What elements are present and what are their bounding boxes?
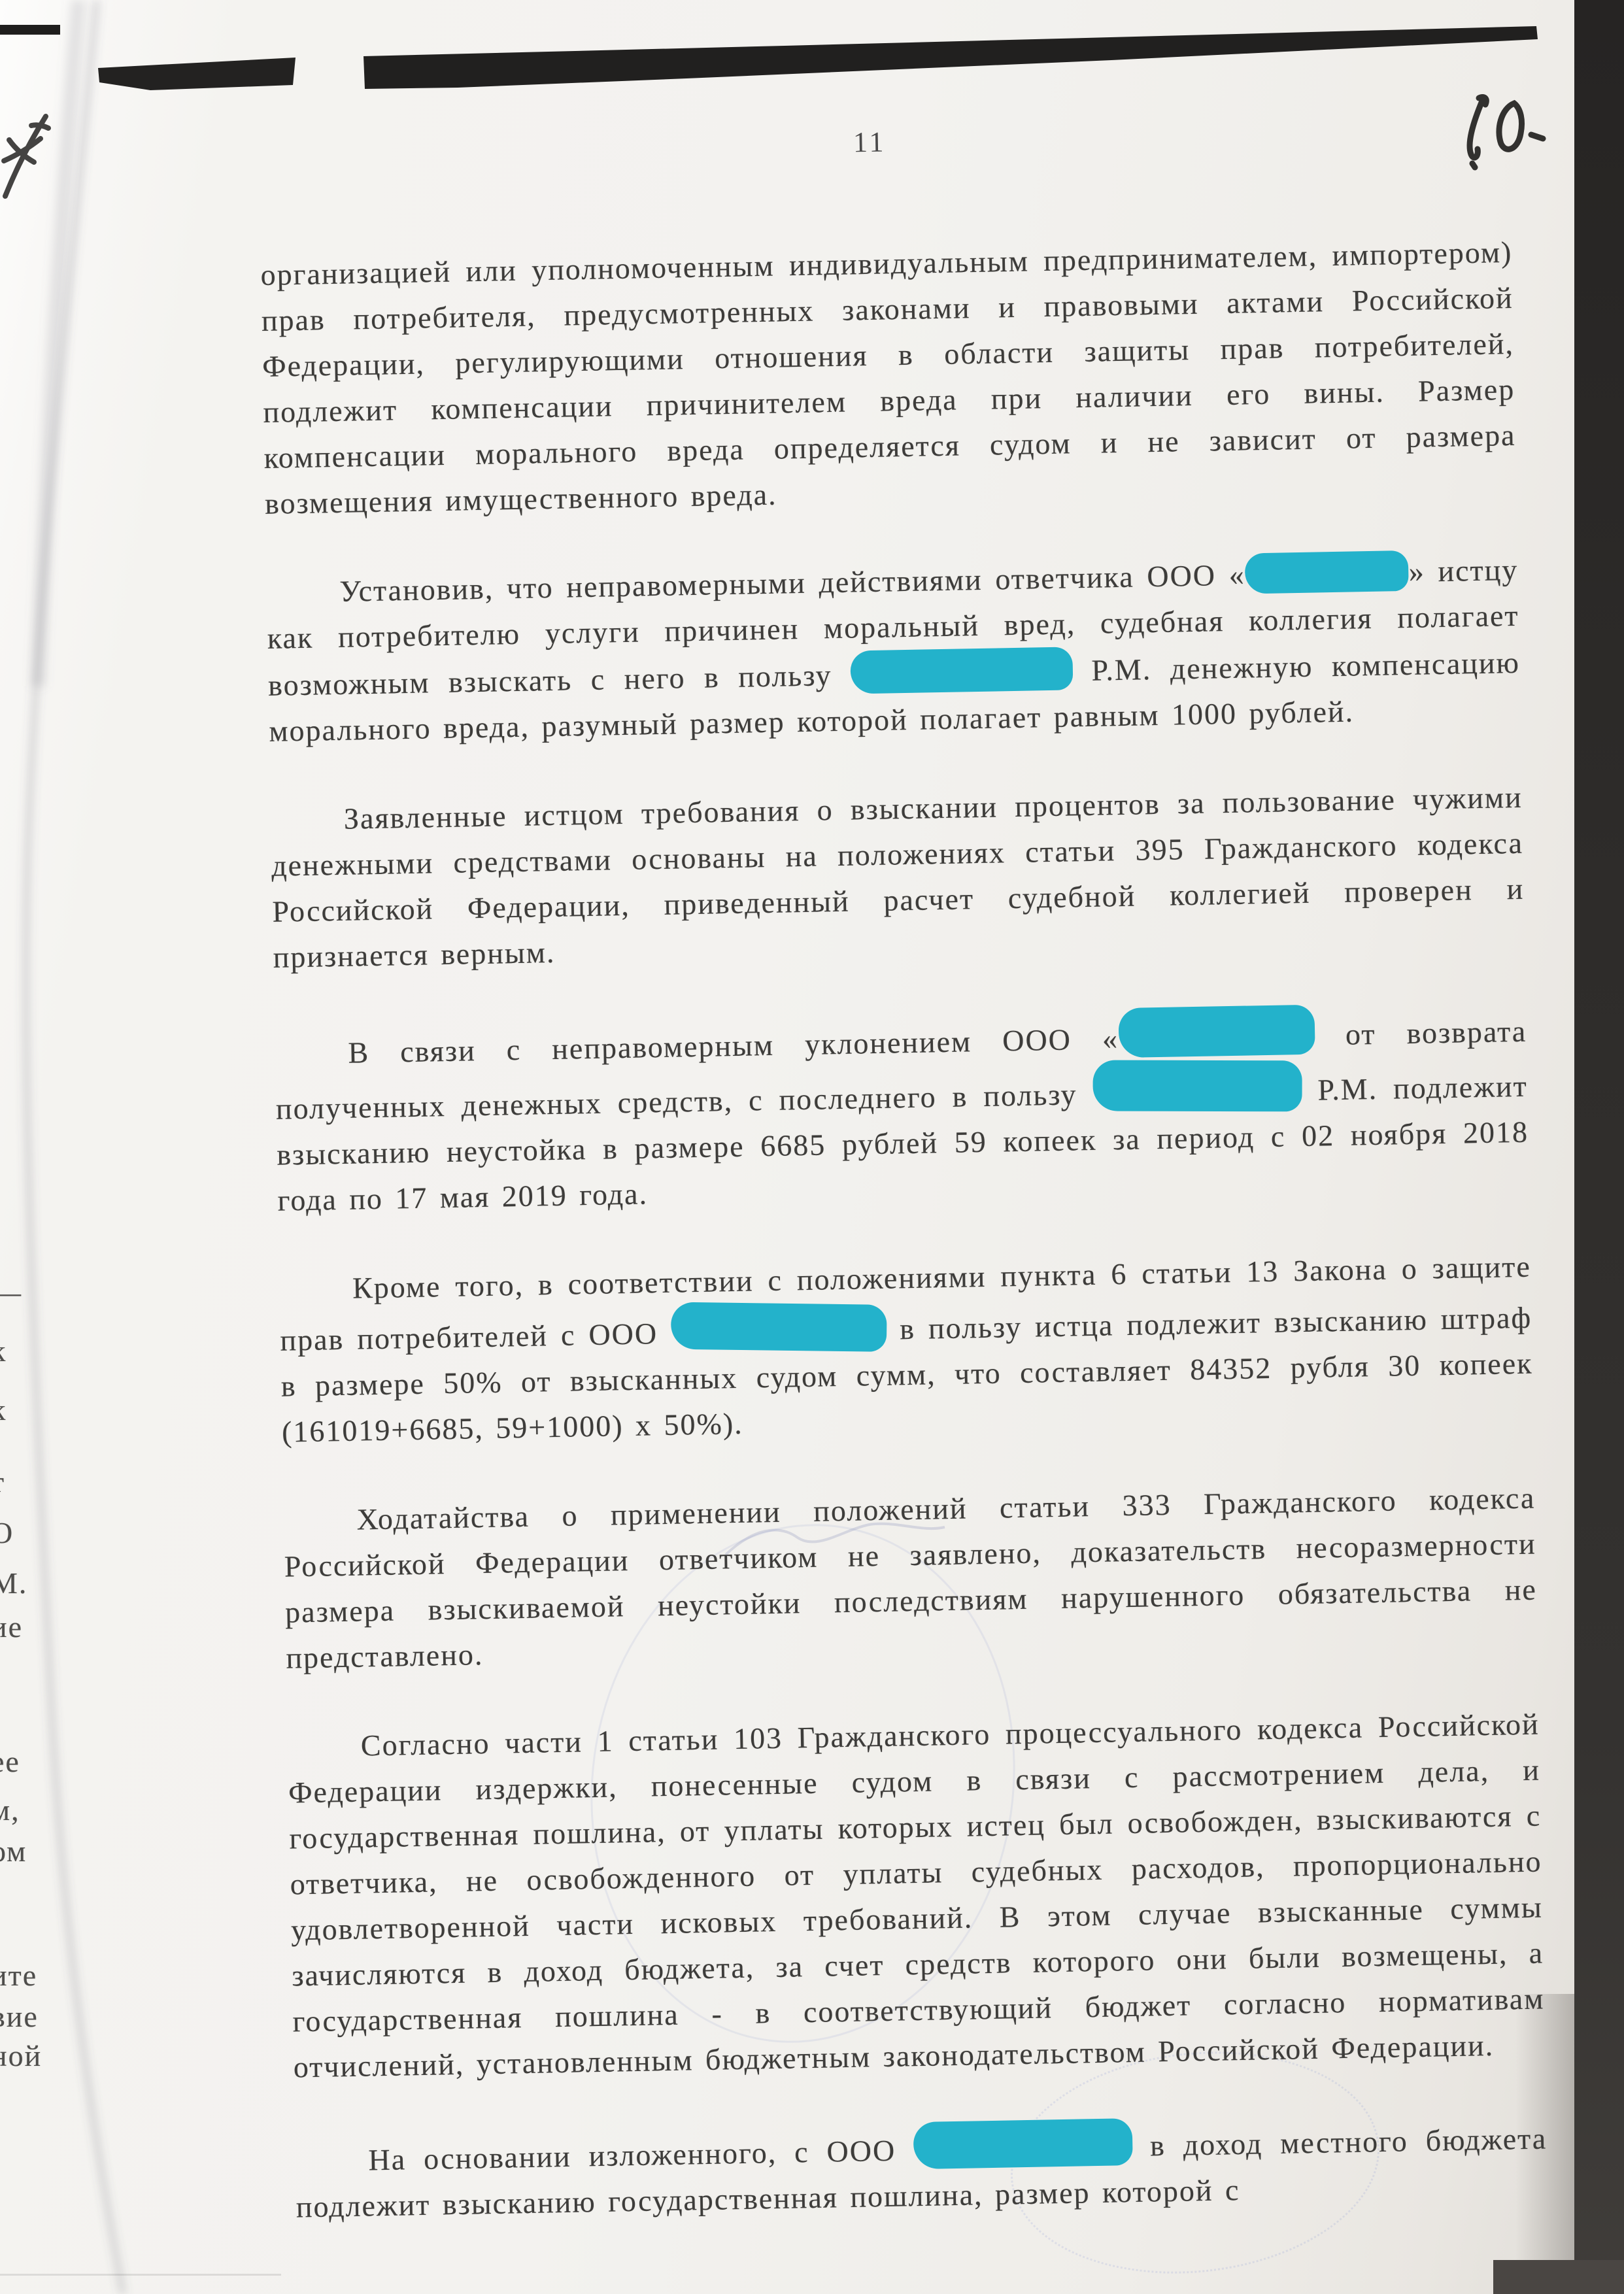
- edge-fragment: ной: [0, 2038, 46, 2073]
- edge-fragment: ие: [0, 1610, 46, 1644]
- edge-fragment: М.: [0, 1566, 46, 1600]
- edge-fragment: к: [0, 1334, 46, 1368]
- pencil-squiggle: [0, 0, 1624, 2294]
- edge-fragment: О: [0, 1515, 46, 1550]
- book-edge-shadow: [1515, 1994, 1574, 2294]
- edge-fragment: ите: [0, 1958, 46, 1993]
- edge-fragment: —: [0, 1275, 46, 1309]
- edge-fragment: вие: [0, 1999, 46, 2034]
- edge-fragment: т: [0, 1464, 46, 1499]
- edge-fragment: ом: [0, 1834, 46, 1868]
- bottom-edge-line: [0, 2274, 281, 2276]
- book-edge-dark-band: [1574, 0, 1624, 2294]
- edge-fragment: к: [0, 1392, 46, 1427]
- edge-fragment: м,: [0, 1793, 46, 1827]
- edge-fragment: ее: [0, 1744, 46, 1779]
- book-edge-foot: [1493, 2260, 1624, 2294]
- scanned-court-document-page: 11 организацией или уполномоченным индив…: [0, 0, 1624, 2294]
